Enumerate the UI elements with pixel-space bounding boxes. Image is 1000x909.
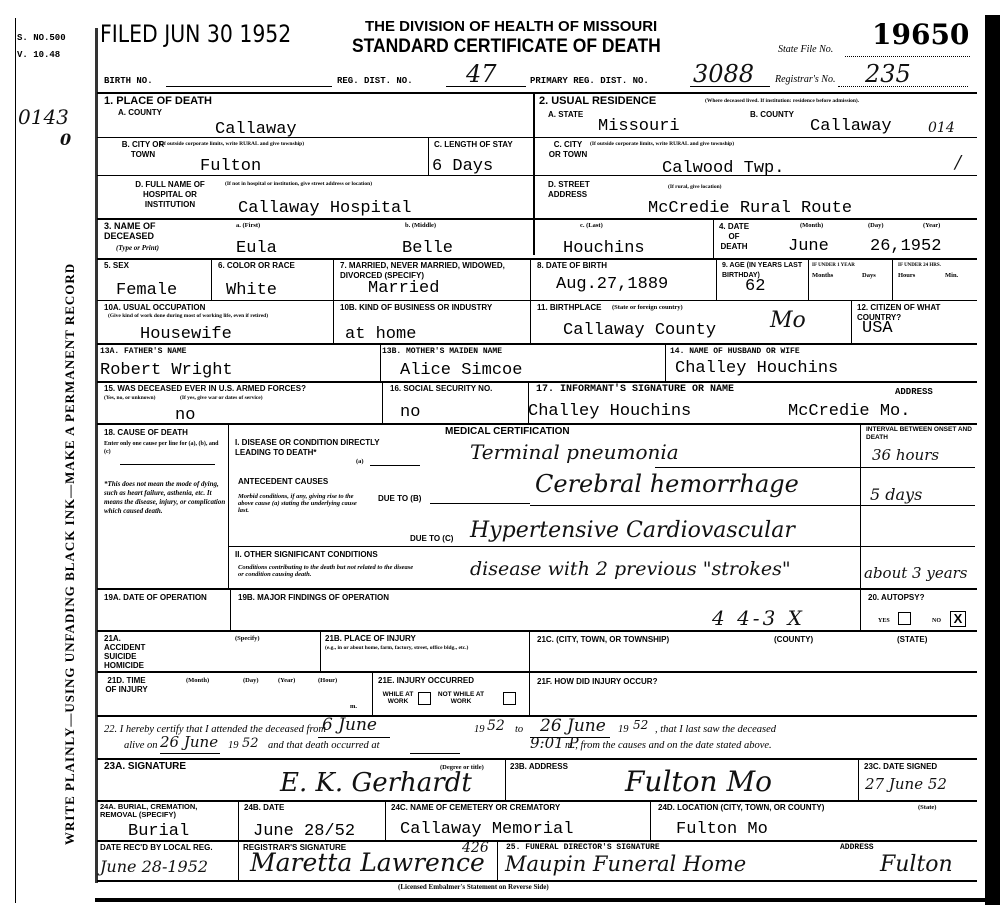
name-label: 3. NAME OF DECEASED — [104, 221, 184, 241]
cause-b-value: Cerebral hemorrhage — [535, 470, 799, 498]
first-name-value: Eula — [236, 240, 277, 258]
autopsy-label: 20. AUTOPSY? — [868, 593, 924, 603]
res-street-label: d. STREET ADDRESS — [548, 180, 608, 200]
form-revision: V. 10.48 — [17, 50, 60, 60]
interval-label: INTERVAL BETWEEN ONSET AND DEATH — [866, 426, 974, 442]
sex-label: 5. SEX — [104, 261, 129, 271]
rule-hours — [892, 258, 893, 300]
under-year-label: IF UNDER 1 YEAR — [812, 262, 855, 269]
line-b-rule — [430, 503, 530, 504]
to-word: to — [515, 726, 523, 734]
birth-no-line — [166, 86, 332, 87]
page-title: STANDARD CERTIFICATE OF DEATH — [352, 36, 661, 58]
informant-address-label: ADDRESS — [895, 387, 933, 397]
physician-signature: E. K. Gerhardt — [280, 768, 472, 798]
occupation-value: Housewife — [140, 326, 232, 344]
rule-24d — [650, 800, 651, 840]
date-signed-value: 27 June 52 — [865, 775, 947, 793]
stay-value: 6 Days — [432, 158, 493, 176]
rule-24c — [385, 800, 386, 840]
due-to-c-label: DUE TO (c) — [410, 534, 453, 544]
state-file-line — [845, 56, 970, 57]
rule-cause-b — [530, 505, 975, 506]
registrar-no-label: Registrar's No. — [775, 76, 835, 84]
registrar-no-value: 235 — [865, 60, 911, 88]
cert-address-label: 23b. ADDRESS — [510, 762, 568, 772]
rule-21b — [320, 630, 321, 671]
stay-label: c. LENGTH OF STAY — [434, 140, 524, 150]
burial-location-value: Fulton Mo — [676, 821, 768, 839]
burial-type-label: 24a. BURIAL, CREMATION, REMOVAL (Specify… — [100, 803, 235, 819]
year2-value: 52 — [633, 718, 648, 732]
signature-label: 23a. SIGNATURE — [104, 762, 186, 772]
bottom-edge-band — [95, 898, 985, 902]
hospital-label: d. FULL NAME OF HOSPITAL OR INSTITUTION — [120, 180, 220, 210]
embalmer-note: (Licensed Embalmer's Statement on Revers… — [398, 884, 549, 891]
disease-label: I. DISEASE OR CONDITION DIRECTLY LEADING… — [235, 438, 415, 458]
injury-state-label: (STATE) — [897, 635, 927, 645]
injury-m-label: m. — [350, 703, 357, 710]
op-date-label: 19a. DATE OF OPERATION — [104, 593, 224, 603]
occupation-label: 10a. USUAL OCCUPATION — [104, 303, 205, 313]
injury-time-label: 21d. TIME OF INJURY — [104, 676, 149, 694]
rule-r9 — [97, 588, 977, 590]
autopsy-no-checkbox[interactable]: X — [950, 611, 966, 627]
days-label: Days — [862, 272, 876, 279]
military-value: no — [175, 407, 195, 425]
res-street-note: (If rural, give location) — [668, 184, 721, 191]
race-value: White — [226, 282, 277, 300]
marital-value: Married — [368, 280, 439, 298]
op-findings-label: 19b. MAJOR FINDINGS OF OPERATION — [238, 593, 389, 603]
res-county-label: b. COUNTY — [750, 110, 794, 120]
res-county-value: Callaway — [810, 118, 892, 136]
age-value: 62 — [745, 278, 765, 296]
autopsy-no-label: NO — [932, 618, 941, 625]
rule-autopsy — [860, 588, 861, 630]
other-conditions-value: disease with 2 previous "strokes" — [470, 558, 791, 580]
mother-value: Alice Simcoe — [400, 362, 522, 380]
injury-type-label: 21a. ACCIDENT SUICIDE HOMICIDE — [104, 634, 159, 670]
autopsy-yes-checkbox[interactable] — [898, 612, 911, 625]
injury-location-label: 21c. (CITY, TOWN, OR TOWNSHIP) — [537, 635, 669, 645]
year3-prefix: 19 — [228, 742, 239, 750]
rule-cause-c — [228, 546, 975, 547]
res-state-value: Missouri — [598, 118, 680, 136]
reg-dist-value: 47 — [466, 60, 497, 88]
funeral-address-label: ADDRESS — [840, 843, 874, 853]
informant-value: Challey Houchins — [528, 403, 691, 421]
burial-type-value: Burial — [128, 823, 189, 841]
dod-year-label: (Year) — [923, 222, 940, 229]
rule-citizen — [851, 300, 852, 343]
ssn-label: 16. SOCIAL SECURITY NO. — [390, 384, 525, 394]
at-work-label: WHILE AT WORK — [378, 691, 418, 705]
footnote-text: *This does not mean the mode of dying, s… — [104, 480, 226, 516]
rule-r3 — [97, 218, 977, 220]
alive-date-line — [160, 753, 220, 754]
res-city-value: Calwood Twp. — [662, 160, 784, 178]
year1-value: 52 — [487, 718, 505, 734]
res-state-label: a. STATE — [548, 110, 583, 120]
injury-place-label: 21b. PLACE OF INJURY — [325, 634, 416, 644]
last-name-label: c. (Last) — [580, 222, 603, 229]
rule-sex — [211, 258, 212, 300]
mother-label: 13b. MOTHER'S MAIDEN NAME — [382, 347, 502, 357]
cause-note: Enter only one cause per line for (a), (… — [104, 440, 226, 456]
military-note2: (If yes, give war or dates of service) — [180, 395, 263, 402]
rule-top — [97, 92, 977, 94]
line-a-label: (a) — [356, 458, 364, 465]
burial-date-value: June 28/52 — [253, 823, 355, 841]
cert-address-value: Fulton Mo — [625, 765, 772, 798]
rule-spouse — [665, 343, 666, 381]
interval-a-value: 36 hours — [872, 446, 939, 464]
other-conditions-note: Conditions contributing to the death but… — [238, 564, 418, 578]
burial-state-label: (State) — [918, 804, 936, 811]
birthplace-label: 11. BIRTHPLACE — [537, 303, 601, 313]
right-edge-band — [985, 15, 1000, 905]
residence-label: 2. USUAL RESIDENCE — [539, 96, 656, 106]
injury-month-label: (Month) — [186, 677, 209, 684]
ssn-value: no — [400, 404, 420, 422]
military-note1: (Yes, no, or unknown) — [104, 395, 155, 402]
rule-25 — [497, 840, 498, 880]
rule-age — [716, 258, 717, 300]
res-county-mark: 014 — [928, 120, 955, 136]
to-date-value: 26 June — [540, 716, 606, 736]
not-at-work-checkbox[interactable] — [503, 692, 516, 705]
burial-location-label: 24d. LOCATION (City, town, or county) — [658, 803, 824, 813]
certify-text2: , that I last saw the deceased — [655, 726, 776, 734]
rule-21e — [372, 671, 373, 715]
antecedent-note: Morbid conditions, if any, giving rise t… — [238, 493, 368, 514]
dob-value: Aug.27,1889 — [556, 276, 668, 294]
cause-c-value: Hypertensive Cardiovascular — [470, 518, 795, 543]
injury-county-label: (COUNTY) — [774, 635, 813, 645]
dod-month-value: June — [788, 238, 829, 256]
form-left-border — [95, 28, 98, 883]
name-note: (Type or Print) — [116, 244, 159, 252]
rule-r12 — [97, 715, 977, 717]
footnote-rule — [120, 464, 215, 465]
rule-mother — [380, 343, 381, 381]
rule-stay — [428, 137, 429, 175]
funeral-address-value: Fulton — [880, 852, 953, 877]
spouse-label: 14. NAME OF HUSBAND OR WIFE — [670, 347, 800, 357]
left-margin-rule — [15, 18, 16, 903]
birthplace-value: Callaway County — [563, 322, 716, 340]
birthplace-note: (State or foreign country) — [612, 304, 683, 311]
months-label: Months — [812, 272, 833, 279]
rule-23c — [858, 758, 859, 800]
hospital-value: Callaway Hospital — [238, 200, 411, 218]
rule-ssn — [382, 381, 383, 423]
rule-center-upper — [533, 93, 535, 255]
dob-label: 8. DATE OF BIRTH — [537, 261, 607, 271]
military-label: 15. WAS DECEASED EVER IN U.S. ARMED FORC… — [104, 384, 306, 394]
rule-r4 — [97, 258, 977, 260]
occupation-note: (Give kind of work done during most of w… — [108, 313, 328, 320]
residence-note: (Where deceased lived. If institution: r… — [705, 98, 975, 105]
cause-label: 18. CAUSE OF DEATH — [104, 428, 188, 438]
dod-month-label: (Month) — [800, 222, 823, 229]
rule-r8 — [97, 423, 977, 425]
first-name-label: a. (First) — [236, 222, 260, 229]
interval-b-value: 5 days — [870, 485, 922, 504]
rule-r15 — [97, 840, 977, 842]
registrar-signature: Maretta Lawrence — [250, 848, 485, 877]
margin-code: 0143 — [18, 105, 69, 129]
informant-address-value: McCredie Mo. — [788, 403, 910, 421]
injury-hour-label: (Hour) — [318, 677, 337, 684]
state-file-label: State File No. — [778, 46, 833, 54]
dod-dayyear-value: 26,1952 — [870, 238, 941, 256]
time-line — [410, 753, 460, 754]
hospital-note: (If not in hospital or institution, give… — [225, 181, 372, 188]
certify-text3: and that death occurred at — [268, 742, 380, 750]
from-date-line — [318, 737, 390, 738]
injury-year-label: (Year) — [278, 677, 295, 684]
filed-stamp: FILED JUN 30 1952 — [100, 20, 291, 48]
funeral-director-signature: Maupin Funeral Home — [505, 852, 746, 876]
spouse-value: Challey Houchins — [675, 360, 838, 378]
alive-on-label: alive on — [124, 742, 158, 750]
at-work-checkbox[interactable] — [418, 692, 431, 705]
form-number: S. No.500 — [17, 33, 66, 43]
injury-specify-label: (Specify) — [235, 635, 260, 642]
rule-r14 — [97, 800, 977, 802]
autopsy-no-check-mark: X — [954, 611, 963, 626]
alive-date-value: 26 June — [160, 733, 218, 751]
injury-place-note: (e.g., in or about home, farm, factory, … — [325, 645, 525, 652]
father-value: Robert Wright — [100, 362, 233, 380]
op-code-value: 4 4-3 X — [712, 606, 805, 630]
burial-date-label: 24b. DATE — [244, 803, 284, 813]
margin-zero: 0 — [60, 130, 71, 149]
autopsy-yes-label: YES — [878, 618, 890, 625]
date-received-label: DATE REC'D BY LOCAL REG. — [100, 843, 235, 852]
informant-label: 17. INFORMANT'S SIGNATURE OR NAME — [536, 385, 734, 395]
death-county-label: a. COUNTY — [118, 108, 162, 118]
due-to-b-label: DUE TO (b) — [378, 494, 421, 504]
antecedent-label: ANTECEDENT CAUSES — [238, 477, 328, 487]
injury-occurred-label: 21e. INJURY OCCURRED — [378, 676, 474, 686]
rule-r5 — [97, 300, 977, 301]
primary-reg-value: 3088 — [693, 60, 754, 88]
line-a-rule — [370, 465, 420, 466]
race-label: 6. COLOR OR RACE — [218, 261, 295, 271]
rule-cause-a — [655, 467, 975, 468]
citizen-value: USA — [862, 320, 893, 338]
rule-op — [230, 588, 231, 630]
rule-r11 — [97, 671, 977, 673]
marital-label: 7. MARRIED, NEVER MARRIED, WIDOWED, DIVO… — [340, 261, 525, 281]
year3-value: 52 — [242, 736, 259, 751]
res-city-label: c. CITY OR TOWN — [548, 140, 588, 160]
res-street-value: McCredie Rural Route — [648, 200, 852, 218]
cemetery-label: 24c. NAME OF CEMETERY OR CREMATORY — [391, 803, 560, 813]
rule-r16 — [97, 880, 977, 882]
year2-prefix: 19 — [618, 726, 629, 734]
date-signed-label: 23c. DATE SIGNED — [864, 762, 937, 772]
rule-23b — [505, 758, 506, 800]
res-city-note: (If outside corporate limits, write RURA… — [590, 141, 734, 148]
middle-name-label: b. (Middle) — [405, 222, 436, 229]
vertical-notice: WRITE PLAINLY—USING UNFADING BLACK INK—M… — [62, 263, 78, 845]
middle-name-value: Belle — [402, 240, 453, 258]
certify-text4: m., from the causes and on the date stat… — [565, 742, 772, 750]
rule-r13 — [97, 758, 977, 760]
injury-day-label: (Day) — [243, 677, 259, 684]
res-city-mark: / — [955, 152, 961, 173]
certificate-number: 19650 — [872, 18, 969, 51]
not-at-work-label: NOT WHILE AT WORK — [436, 691, 486, 705]
cemetery-value: Callaway Memorial — [400, 821, 573, 839]
rule-dod — [713, 218, 714, 258]
cause-a-value: Terminal pneumonia — [470, 440, 679, 464]
primary-reg-label: PRIMARY REG. DIST. NO. — [530, 76, 649, 86]
reg-dist-label: REG. DIST. NO. — [337, 76, 413, 86]
rule-r10 — [97, 630, 977, 632]
under-day-label: IF UNDER 24 HRS. — [898, 262, 941, 269]
rule-months — [808, 258, 809, 300]
rule-r7 — [97, 381, 977, 383]
from-date-value: 6 June — [322, 715, 377, 735]
date-received-value: June 28-1952 — [100, 857, 208, 876]
birthplace-hand: Mo — [770, 308, 806, 333]
rule-cause-left — [228, 423, 229, 588]
sex-value: Female — [116, 282, 177, 300]
injury-how-label: 21f. HOW DID INJURY OCCUR? — [537, 677, 657, 687]
degree-label: (Degree or title) — [440, 764, 484, 771]
business-value: at home — [345, 326, 416, 344]
business-label: 10b. KIND OF BUSINESS OR INDUSTRY — [340, 303, 525, 313]
other-conditions-label: II. OTHER SIGNIFICANT CONDITIONS — [235, 550, 378, 560]
interval-other-value: about 3 years — [864, 564, 968, 582]
place-of-death-label: 1. PLACE OF DEATH — [104, 96, 212, 106]
death-county-value: Callaway — [215, 121, 297, 139]
dod-label: 4. DATE OF DEATH — [718, 222, 750, 252]
year1-prefix: 19 — [474, 726, 485, 734]
registrar-number: 426 — [462, 840, 489, 856]
death-city-value: Fulton — [200, 158, 261, 176]
father-label: 13a. FATHER'S NAME — [100, 347, 186, 357]
agency-title: THE DIVISION OF HEALTH OF MISSOURI — [365, 18, 657, 35]
medical-section-title: MEDICAL CERTIFICATION — [445, 427, 570, 437]
birth-no-label: BIRTH NO. — [104, 76, 153, 86]
dod-day-label: (Day) — [868, 222, 884, 229]
last-name-value: Houchins — [563, 240, 645, 258]
min-label: Min. — [945, 272, 958, 279]
death-city-note: (If outside corporate limits, write RURA… — [160, 141, 304, 148]
hours-label: Hours — [898, 272, 915, 279]
